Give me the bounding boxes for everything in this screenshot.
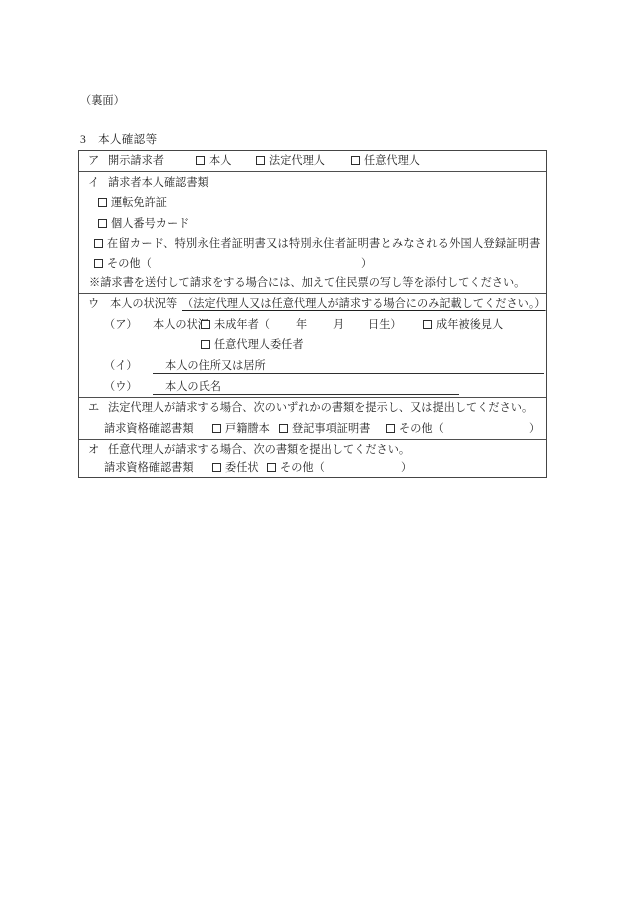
row-letter: オ [88, 440, 99, 460]
checkbox-icon [94, 239, 103, 248]
option-label: 成年被後見人 [436, 319, 503, 331]
option-label: 未成年者（ [214, 319, 270, 331]
option-label: 法定代理人 [269, 155, 325, 167]
other-close-paren: ） [361, 254, 372, 274]
table-row-i: イ 請求者本人確認書類 運転免許証 個人番号カード 在留カード、特別永住者証明書… [79, 172, 546, 294]
other-close-paren: ） [529, 419, 540, 439]
checkbox-option-power-of-attorney[interactable]: 委任状 [212, 458, 259, 478]
other-close-paren: ） [401, 458, 412, 478]
checkbox-option-other-document[interactable]: その他（ [267, 458, 325, 478]
row-letter: イ [88, 173, 99, 193]
sub-item-a-label: （ア） [104, 315, 138, 335]
checkbox-icon [212, 463, 221, 472]
checkbox-icon [279, 424, 288, 433]
row-letter: ア [88, 151, 99, 172]
page-side-label: （裏面） [80, 92, 125, 108]
name-field-label: 本人の氏名 [165, 377, 221, 397]
table-row-a: ア 開示請求者 本人 法定代理人 任意代理人 [79, 151, 546, 172]
checkbox-option-koseki[interactable]: 戸籍謄本 [212, 419, 270, 439]
option-label: 本人 [209, 155, 231, 167]
docs-label: 請求資格確認書類 [104, 458, 194, 478]
checkbox-icon [94, 259, 103, 268]
checkbox-icon [201, 340, 210, 349]
checkbox-option-drivers-license[interactable]: 運転免許証 [98, 193, 167, 213]
checkbox-icon [98, 219, 107, 228]
sub-item-i-label: （イ） [104, 356, 138, 376]
option-label: 登記事項証明書 [292, 423, 370, 435]
option-label: 任意代理人 [364, 155, 420, 167]
row-u-title-note: （法定代理人又は任意代理人が請求する場合にのみ記載してください。） [182, 294, 546, 314]
birth-day-label: 日生） [368, 315, 402, 335]
checkbox-option-touki[interactable]: 登記事項証明書 [279, 419, 370, 439]
checkbox-option-voluntary-delegator[interactable]: 任意代理人委任者 [201, 335, 304, 355]
row-letter: ウ [88, 294, 99, 314]
option-label: 個人番号カード [111, 218, 189, 230]
checkbox-option-residence-card[interactable]: 在留カード、特別永住者証明書又は特別永住者証明書とみなされる外国人登録証明書 [94, 234, 541, 254]
address-field-label: 本人の住所又は居所 [165, 356, 266, 376]
checkbox-option-adult-ward[interactable]: 成年被後見人 [423, 315, 503, 335]
checkbox-icon [267, 463, 276, 472]
row-i-note: ※請求書を送付して請求をする場合には、加えて住民票の写し等を添付してください。 [89, 273, 525, 293]
row-e-title: 法定代理人が請求する場合、次のいずれかの書類を提示し、又は提出してください。 [108, 398, 533, 418]
table-row-o: オ 任意代理人が請求する場合、次の書類を提出してください。 請求資格確認書類 委… [79, 440, 546, 478]
identity-verification-table: ア 開示請求者 本人 法定代理人 任意代理人 イ 請求者本人確認書類 運転免許証… [78, 150, 547, 478]
option-label: 委任状 [225, 462, 259, 474]
document-page: （裏面） 3 本人確認等 ア 開示請求者 本人 法定代理人 任意代理人 イ 請求… [0, 0, 630, 903]
section-heading: 3 本人確認等 [80, 131, 157, 147]
table-row-e: エ 法定代理人が請求する場合、次のいずれかの書類を提示し、又は提出してください。… [79, 398, 546, 440]
checkbox-icon [386, 424, 395, 433]
checkbox-icon [212, 424, 221, 433]
option-label: 任意代理人委任者 [214, 339, 304, 351]
checkbox-icon [423, 320, 432, 329]
checkbox-option-other-document[interactable]: その他（ [94, 254, 152, 274]
row-letter: エ [88, 398, 99, 418]
row-o-title: 任意代理人が請求する場合、次の書類を提出してください。 [108, 440, 410, 460]
checkbox-option-self[interactable]: 本人 [196, 151, 231, 172]
checkbox-icon [256, 156, 265, 165]
option-label: 在留カード、特別永住者証明書又は特別永住者証明書とみなされる外国人登録証明書 [107, 238, 541, 250]
table-row-u: ウ 本人の状況等 （法定代理人又は任意代理人が請求する場合にのみ記載してください… [79, 294, 546, 398]
row-u-title: 本人の状況等 [110, 294, 177, 314]
checkbox-icon [98, 198, 107, 207]
row-a-title: 開示請求者 [108, 151, 164, 172]
checkbox-option-legal-agent[interactable]: 法定代理人 [256, 151, 325, 172]
birth-month-label: 月 [333, 315, 344, 335]
birth-year-label: 年 [296, 315, 307, 335]
docs-label: 請求資格確認書類 [104, 419, 194, 439]
option-label: その他（ [107, 258, 152, 270]
checkbox-option-mynumber-card[interactable]: 個人番号カード [98, 214, 189, 234]
row-i-title: 請求者本人確認書類 [108, 173, 209, 193]
option-label: その他（ [280, 462, 325, 474]
checkbox-icon [201, 320, 210, 329]
checkbox-option-minor[interactable]: 未成年者（ [201, 315, 270, 335]
checkbox-option-other-document[interactable]: その他（ [386, 419, 444, 439]
sub-item-u-label: （ウ） [104, 377, 138, 397]
option-label: 運転免許証 [111, 197, 167, 209]
checkbox-icon [351, 156, 360, 165]
checkbox-option-voluntary-agent[interactable]: 任意代理人 [351, 151, 420, 172]
option-label: その他（ [399, 423, 444, 435]
checkbox-icon [196, 156, 205, 165]
option-label: 戸籍謄本 [225, 423, 270, 435]
